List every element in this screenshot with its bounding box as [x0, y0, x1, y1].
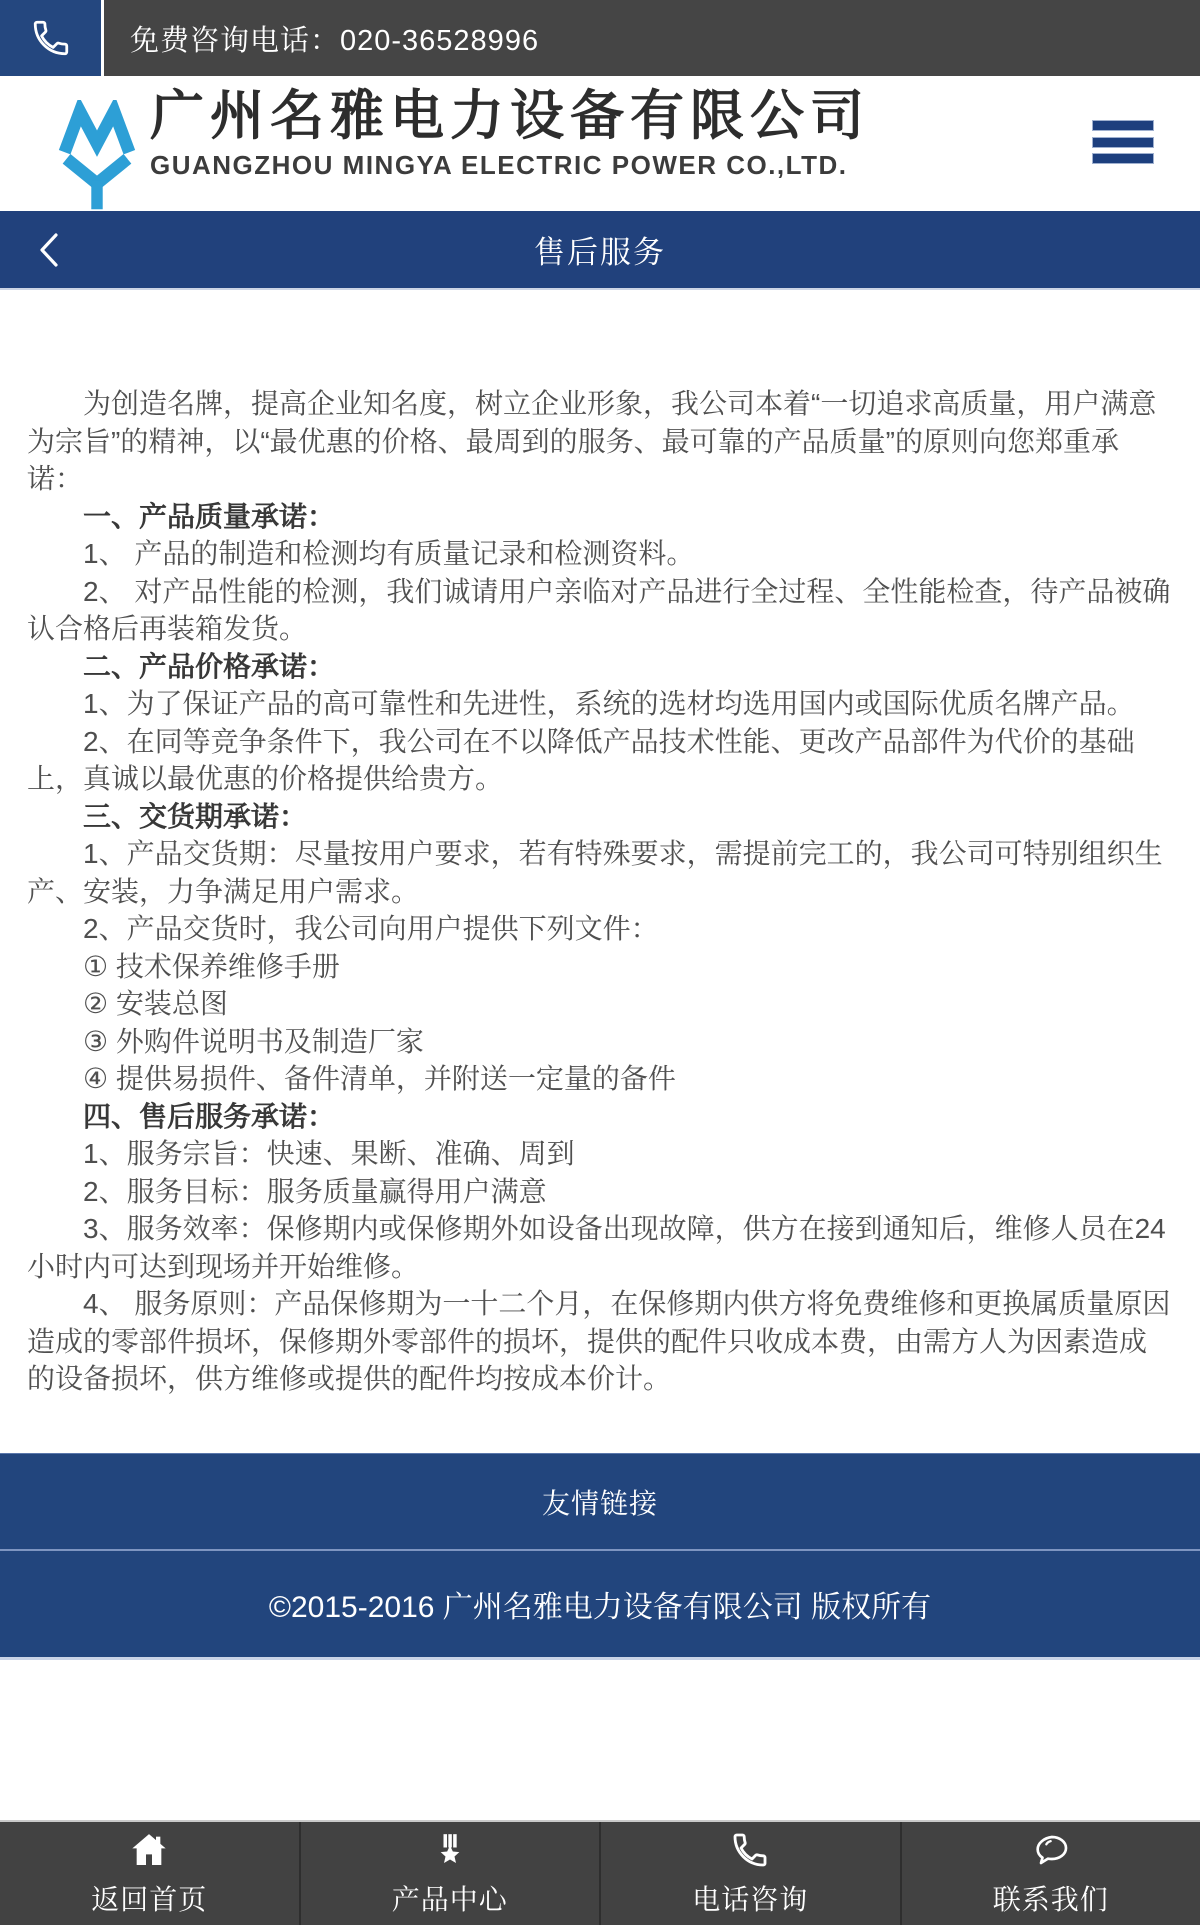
hamburger-bar [1092, 120, 1154, 131]
site-header: 广州名雅电力设备有限公司 GUANGZHOU MINGYA ELECTRIC P… [0, 76, 1200, 211]
content-list-item: ② 安装总图 [27, 985, 1173, 1023]
section-heading: 四、售后服务承诺： [27, 1098, 1173, 1136]
company-name-cn: 广州名雅电力设备有限公司 [150, 84, 870, 148]
content-list-item: ③ 外购件说明书及制造厂家 [27, 1023, 1173, 1061]
nav-item-home[interactable]: 返回首页 [0, 1822, 301, 1925]
article-content: 为创造名牌，提高企业知名度，树立企业形象，我公司本着“一切追求高质量，用户满意为… [0, 290, 1200, 1453]
hamburger-bar [1092, 137, 1154, 148]
bottom-nav-bar: 返回首页 产品中心 电话咨询 联系我们 [0, 1820, 1200, 1925]
chat-bubble-icon [1031, 1830, 1071, 1870]
page-title: 售后服务 [534, 227, 666, 272]
nav-item-products[interactable]: 产品中心 [301, 1822, 602, 1925]
content-paragraph: 1、产品交货期：尽量按用户要求，若有特殊要求，需提前完工的，我公司可特别组织生产… [27, 835, 1173, 910]
phone-icon [30, 17, 72, 59]
content-paragraph: 3、服务效率：保修期内或保修期外如设备出现故障，供方在接到通知后，维修人员在24… [27, 1210, 1173, 1285]
back-chevron-icon[interactable] [36, 231, 62, 269]
content-paragraph: 1、 产品的制造和检测均有质量记录和检测资料。 [27, 535, 1173, 573]
friend-links-band: 友情链接 [0, 1453, 1200, 1551]
hamburger-menu-icon[interactable] [1092, 120, 1154, 164]
nav-item-contact[interactable]: 联系我们 [902, 1822, 1200, 1925]
section-heading: 二、产品价格承诺： [27, 648, 1173, 686]
content-paragraph: 2、产品交货时，我公司向用户提供下列文件： [27, 910, 1173, 948]
nav-label: 电话咨询 [692, 1878, 808, 1918]
page-title-bar: 售后服务 [0, 211, 1200, 290]
content-paragraph: 2、在同等竞争条件下，我公司在不以降低产品技术性能、更改产品部件为代价的基础上，… [27, 723, 1173, 798]
content-paragraph: 2、 对产品性能的检测，我们诚请用户亲临对产品进行全过程、全性能检查，待产品被确… [27, 573, 1173, 648]
home-icon [129, 1830, 169, 1870]
friend-links-title: 友情链接 [542, 1482, 658, 1522]
nav-label: 联系我们 [993, 1878, 1109, 1918]
section-heading: 三、交货期承诺： [27, 798, 1173, 836]
nav-item-call[interactable]: 电话咨询 [601, 1822, 902, 1925]
company-name-en: GUANGZHOU MINGYA ELECTRIC POWER CO.,LTD. [150, 150, 870, 180]
content-list-item: ① 技术保养维修手册 [27, 948, 1173, 986]
content-paragraph: 4、 服务原则：产品保修期为一十二个月，在保修期内供方将免费维修和更换属质量原因… [27, 1285, 1173, 1398]
copyright-text: ©2015-2016 广州名雅电力设备有限公司 版权所有 [269, 1582, 931, 1626]
content-paragraph: 2、服务目标：服务质量赢得用户满意 [27, 1173, 1173, 1211]
content-paragraph: 1、服务宗旨：快速、果断、准确、周到 [27, 1135, 1173, 1173]
company-name-block: 广州名雅电力设备有限公司 GUANGZHOU MINGYA ELECTRIC P… [150, 84, 870, 180]
hamburger-bar [1092, 153, 1154, 164]
content-paragraph: 1、为了保证产品的高可靠性和先进性，系统的选材均选用国内或国际优质名牌产品。 [27, 685, 1173, 723]
medal-icon [430, 1830, 470, 1870]
company-logo-icon[interactable] [58, 100, 136, 212]
nav-label: 产品中心 [392, 1878, 508, 1918]
phone-icon [730, 1830, 770, 1870]
top-phone-bar: 免费咨询电话：020-36528996 [0, 0, 1200, 76]
consult-phone-number[interactable]: 免费咨询电话：020-36528996 [104, 0, 539, 76]
section-heading: 一、产品质量承诺： [27, 498, 1173, 536]
copyright-band: ©2015-2016 广州名雅电力设备有限公司 版权所有 [0, 1551, 1200, 1660]
content-list-item: ④ 提供易损件、备件清单，并附送一定量的备件 [27, 1060, 1173, 1098]
content-paragraph: 为创造名牌，提高企业知名度，树立企业形象，我公司本着“一切追求高质量，用户满意为… [27, 385, 1173, 498]
footer-spacer [0, 1660, 1200, 1820]
nav-label: 返回首页 [91, 1878, 207, 1918]
phone-icon-badge [0, 0, 104, 76]
